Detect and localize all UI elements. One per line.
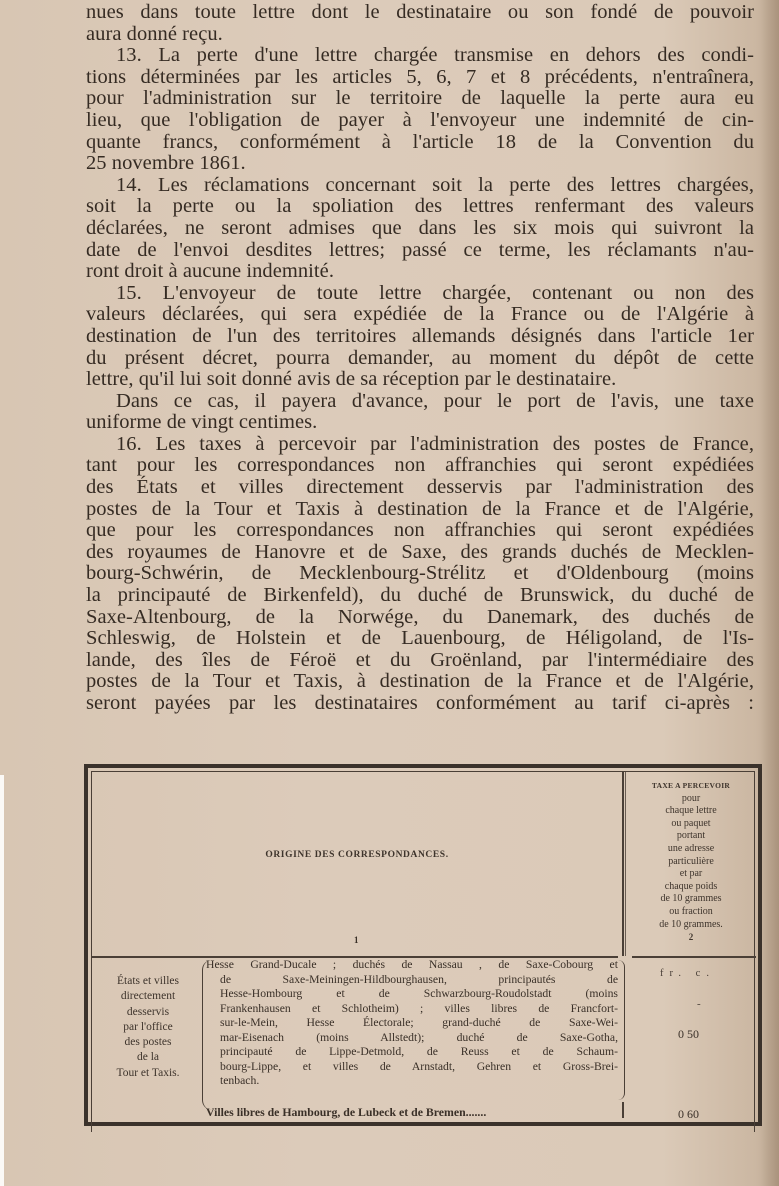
page-gutter-shadow xyxy=(761,0,779,1186)
text-line: destination de l'un des territoires alle… xyxy=(86,326,754,348)
text-line: bourg-Schwérin, de Mecklenbourg-Strélitz… xyxy=(86,563,754,585)
tariff-table: ORIGINE DES CORRESPONDANCES. 1 TAXE A PE… xyxy=(84,764,762,1126)
origin-group-line: États et villes xyxy=(98,974,198,989)
body-text: nues dans toute lettre dont le destinata… xyxy=(86,2,754,715)
text-line: la principauté de Birkenfeld), du duché … xyxy=(86,585,754,607)
placeholder-dash: - xyxy=(697,998,701,1010)
header-tax-line: de 10 grammes xyxy=(626,893,756,906)
article-16-start: 16. Les taxes à percevoir par l'administ… xyxy=(86,434,754,456)
text-line: déclarées, ne seront admises que dans le… xyxy=(86,218,754,240)
row-1-line: Hesse-Hombourg et de Schwarzbourg-Roudol… xyxy=(206,987,618,1002)
text-line: uniforme de vingt centimes. xyxy=(86,412,754,434)
text-line: lieu, que l'obligation de payer à l'envo… xyxy=(86,110,754,132)
right-bracket xyxy=(622,1102,624,1118)
row-1-line: principauté de Lippe-Detmold, de Reuss e… xyxy=(206,1045,618,1060)
scanned-page: nues dans toute lettre dont le destinata… xyxy=(0,0,779,1186)
origin-group-line: desservis xyxy=(98,1005,198,1020)
text-line: tions déterminées par les articles 5, 6,… xyxy=(86,67,754,89)
text-line: aura donné reçu. xyxy=(86,24,754,46)
header-rule xyxy=(632,956,756,958)
text-line: Dans ce cas, il payera d'avance, pour le… xyxy=(86,391,754,413)
row-1-line: tenbach. xyxy=(206,1074,618,1089)
text-line: que pour les correspondances non affranc… xyxy=(86,520,754,542)
text-line: pour l'administration sur le territoire … xyxy=(86,88,754,110)
text-line: date de l'envoi desdites lettres; passé … xyxy=(86,240,754,262)
row-1-line: Frankenhausen et Schlotheim) ; villes li… xyxy=(206,1002,618,1017)
row-1-line: de Saxe-Meiningen-Hildbourghausen, princ… xyxy=(206,973,618,988)
text-line: valeurs déclarées, qui sera expédiée de … xyxy=(86,304,754,326)
text-line: 25 novembre 1861. xyxy=(86,153,754,175)
header-tax-line: et par xyxy=(626,868,756,881)
column-number-2: 2 xyxy=(626,931,756,944)
article-14-start: 14. Les réclamations concernant soit la … xyxy=(86,175,754,197)
header-tax-caption: TAXE A PERCEVOIR xyxy=(626,780,756,793)
scan-margin xyxy=(0,775,4,1186)
header-origin: ORIGINE DES CORRESPONDANCES. xyxy=(92,850,622,860)
text-line: seront payées par les destinataires conf… xyxy=(86,693,754,715)
header-tax-line: pour xyxy=(626,793,756,806)
row-1-line: bourg-Lippe, et villes de Arnstadt, Gehr… xyxy=(206,1060,618,1075)
header-tax: TAXE A PERCEVOIR pour chaque lettre ou p… xyxy=(626,780,756,944)
column-divider xyxy=(622,772,624,956)
origin-group-line: Tour et Taxis. xyxy=(98,1066,198,1081)
text-line: lande, des îles de Féroë et du Groënland… xyxy=(86,650,754,672)
text-line: postes de la Tour et Taxis à destination… xyxy=(86,499,754,521)
row-1-tax: 0 50 xyxy=(678,1027,699,1042)
text-line: soit la perte ou la spoliation des lettr… xyxy=(86,196,754,218)
origin-group-line: des postes xyxy=(98,1035,198,1050)
text-line: postes de la Tour et Taxis, à destinatio… xyxy=(86,671,754,693)
header-tax-line: ou fraction xyxy=(626,906,756,919)
unit-label: fr. c. xyxy=(660,968,715,979)
text-line: ront droit à aucune indemnité. xyxy=(86,261,754,283)
header-tax-line: ou paquet xyxy=(626,818,756,831)
row-1-line: Hesse Grand-Ducale ; duchés de Nassau , … xyxy=(206,958,618,973)
header-tax-line: une adresse xyxy=(626,843,756,856)
text-line: Schleswig, de Holstein et de Lauenbourg,… xyxy=(86,628,754,650)
text-line: Saxe-Altenbourg, de la Norwége, du Danem… xyxy=(86,607,754,629)
article-15-start: 15. L'envoyeur de toute lettre chargée, … xyxy=(86,283,754,305)
origin-group-line: directement xyxy=(98,989,198,1004)
header-tax-line: chaque lettre xyxy=(626,805,756,818)
origin-group-line: de la xyxy=(98,1050,198,1065)
header-tax-line: portant xyxy=(626,830,756,843)
text-line: du présent décret, pourra demander, au m… xyxy=(86,348,754,370)
row-2-origin: Villes libres de Hambourg, de Lubeck et … xyxy=(206,1105,486,1120)
column-number-1: 1 xyxy=(354,935,359,945)
row-1-origin: Hesse Grand-Ducale ; duchés de Nassau , … xyxy=(206,958,618,1089)
text-line: nues dans toute lettre dont le destinata… xyxy=(86,2,754,24)
header-tax-line: particulière xyxy=(626,856,756,869)
text-line: tant pour les correspondances non affran… xyxy=(86,455,754,477)
right-brace xyxy=(618,960,625,1100)
article-13-start: 13. La perte d'une lettre chargée transm… xyxy=(86,45,754,67)
origin-group-label: États et villes directement desservis pa… xyxy=(98,974,198,1081)
row-1-line: mar-Eisenach (moins Allstedt); duché de … xyxy=(206,1031,618,1046)
table-inner-frame: ORIGINE DES CORRESPONDANCES. 1 TAXE A PE… xyxy=(91,771,755,1132)
origin-group-line: par l'office xyxy=(98,1020,198,1035)
text-line: des royaumes de Hanovre et de Saxe, des … xyxy=(86,542,754,564)
row-2-tax: 0 60 xyxy=(678,1107,699,1122)
text-line: des États et villes directement desservi… xyxy=(86,477,754,499)
text-line: lettre, qu'il lui soit donné avis de sa … xyxy=(86,369,754,391)
row-1-line: sur-le-Mein, Hesse Électorale; grand-duc… xyxy=(206,1016,618,1031)
header-tax-line: chaque poids xyxy=(626,881,756,894)
header-tax-line: de 10 grammes. xyxy=(626,919,756,932)
text-line: quante francs, conformément à l'article … xyxy=(86,132,754,154)
